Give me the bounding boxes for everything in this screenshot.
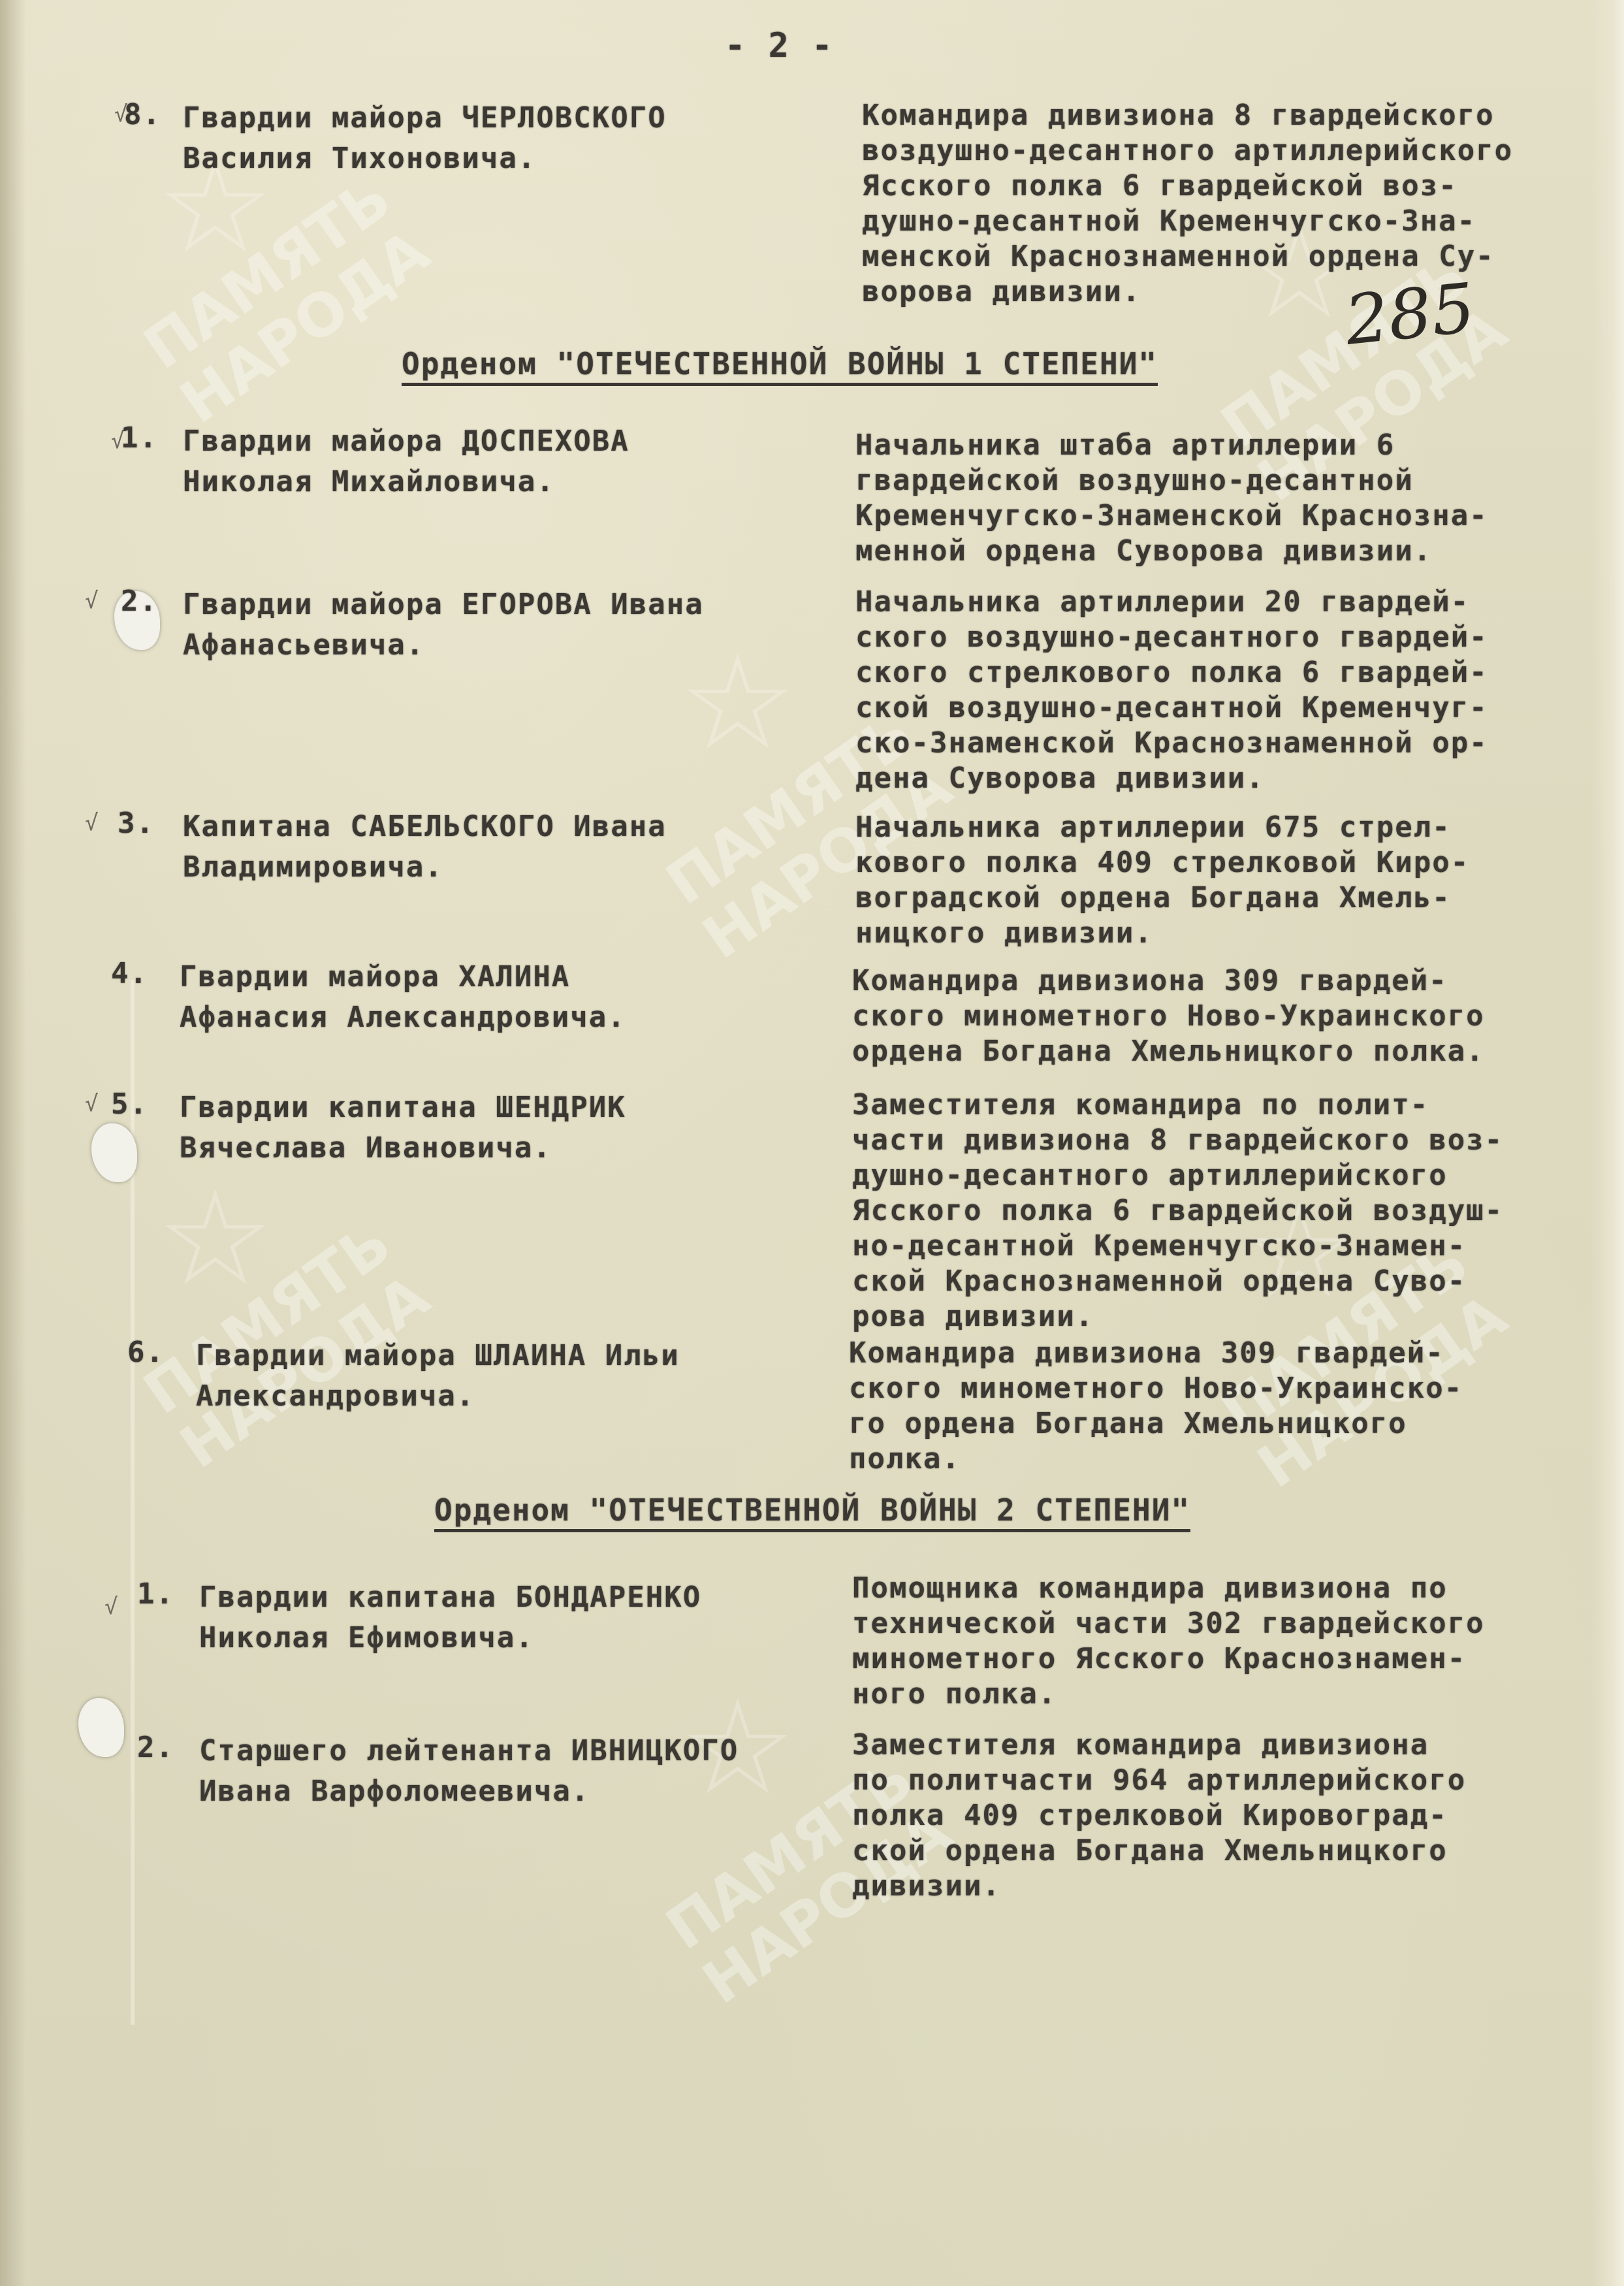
awardee-name: Гвардии майора ЕГОРОВА Ивана Афанасьевич… xyxy=(183,585,901,666)
page-number: - 2 - xyxy=(725,26,834,65)
awardee-name: Гвардии капитана ШЕНДРИК Вячеслава Ивано… xyxy=(180,1087,898,1168)
entry-number: 2. xyxy=(137,1731,174,1764)
check-mark-icon: √ xyxy=(85,1091,98,1117)
check-mark-icon: √ xyxy=(85,588,98,614)
awardee-name: Гвардии майора ЧЕРЛОВСКОГО Василия Тихон… xyxy=(183,98,901,179)
awardee-position: Начальника артиллерии 20 гвардей- ского … xyxy=(855,585,1613,796)
awardee-position: Помощника командира дивизиона по техниче… xyxy=(852,1571,1610,1712)
awardee-name: Гвардии капитана БОНДАРЕНКО Николая Ефим… xyxy=(199,1577,917,1658)
entry-number: 1. xyxy=(121,421,158,455)
awardee-position: Командира дивизиона 309 гвардей- ского м… xyxy=(849,1336,1606,1477)
entry-number: 2. xyxy=(121,585,158,618)
awardee-name: Гвардии майора ШЛАИНА Ильи Александрович… xyxy=(196,1336,914,1417)
entry-number: 4. xyxy=(111,957,148,990)
check-mark-icon: √ xyxy=(85,810,98,836)
awardee-position: Начальника штаба артиллерии 6 гвардейско… xyxy=(855,428,1613,569)
entry-number: 6. xyxy=(127,1336,165,1369)
awardee-name: Гвардии майора ДОСПЕХОВА Николая Михайло… xyxy=(183,421,901,502)
awardee-name: Старшего лейтенанта ИВНИЦКОГО Ивана Варф… xyxy=(199,1731,917,1812)
punch-hole xyxy=(91,1123,137,1182)
entry-number: 8. xyxy=(124,98,161,131)
awardee-position: Заместителя командира дивизиона по полит… xyxy=(852,1728,1610,1904)
punch-hole xyxy=(78,1698,124,1757)
entry-number: 1. xyxy=(137,1577,174,1611)
page-edge-shadow xyxy=(0,0,26,2286)
document-page: ☆ ПАМЯТЬ НАРОДА ☆ ПАМЯТЬ НАРОДА ☆ ПАМЯТЬ… xyxy=(0,0,1624,2286)
section-heading-order-patriotic-war-2: Орденом "ОТЕЧЕСТВЕННОЙ ВОЙНЫ 2 СТЕПЕНИ" xyxy=(434,1492,1190,1532)
awardee-position: Командира дивизиона 309 гвардей- ского м… xyxy=(852,963,1610,1069)
awardee-name: Капитана САБЕЛЬСКОГО Ивана Владимировича… xyxy=(183,807,901,888)
awardee-name: Гвардии майора ХАЛИНА Афанасия Александр… xyxy=(180,957,898,1038)
check-mark-icon: √ xyxy=(104,1594,118,1620)
awardee-position: Начальника артиллерии 675 стрел- кового … xyxy=(855,810,1613,951)
awardee-position: Заместителя командира по полит- части ди… xyxy=(852,1087,1610,1334)
entry-number: 3. xyxy=(118,807,155,840)
awardee-position: Командира дивизиона 8 гвардейского возду… xyxy=(862,98,1619,310)
entry-number: 5. xyxy=(111,1087,148,1121)
section-heading-order-patriotic-war-1: Орденом "ОТЕЧЕСТВЕННОЙ ВОЙНЫ 1 СТЕПЕНИ" xyxy=(402,346,1158,386)
